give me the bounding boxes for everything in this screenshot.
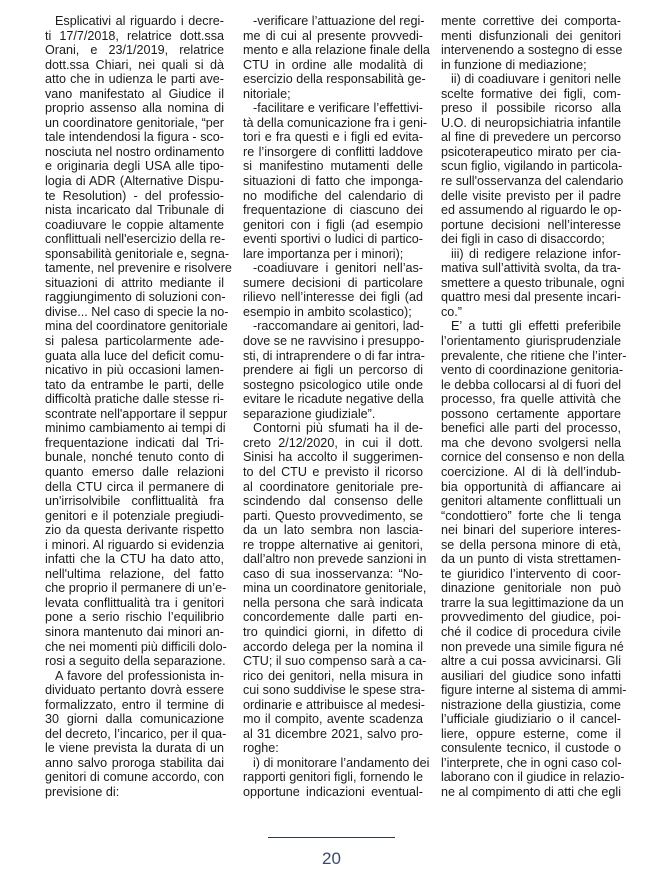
text-line: preso il possibile ricorso alla	[441, 101, 621, 116]
text-line: parti. Questo provvedimento, se	[243, 509, 423, 524]
text-line: altre a cui possa avvicinarsi. Gli	[441, 654, 621, 669]
text-line: no modifiche del calendario di	[243, 189, 423, 204]
text-line: lare importanza per i minori);	[243, 247, 423, 262]
document-page: Esplicativi al riguardo i decre-ti 17/7/…	[0, 0, 655, 894]
text-line: processo, fra quelle attività che	[441, 392, 621, 407]
text-line: se della persona minore di età,	[441, 538, 621, 553]
text-line: nicativo in più occasioni lamen-	[45, 363, 224, 378]
text-line: prevalente, che ritiene che l’inter-	[441, 349, 621, 364]
text-line: situazioni di attrito mediante il	[45, 276, 224, 291]
text-line: ordinarie e attribuisce al medesi-	[243, 698, 423, 713]
text-line: mina un coordinatore genitoriale,	[243, 581, 423, 596]
text-line: non prevede una simile figura né	[441, 640, 621, 655]
text-line: A favore del professionista in-	[45, 669, 224, 684]
text-line: U.O. di neuropsichiatria infantile	[441, 116, 621, 131]
text-line: re l’insorgere di conflitti laddove	[243, 145, 423, 160]
text-line: figure interne al sistema di ammi-	[441, 683, 621, 698]
text-line: difficoltà pratiche dalle stesse ri-	[45, 392, 224, 407]
text-line: infatti che la CTU ha dato atto,	[45, 552, 224, 567]
text-line: nosciuta nel nostro ordinamento	[45, 145, 224, 160]
text-line: mina del coordinatore genitoriale	[45, 319, 224, 334]
text-line: tà della comunicazione fra i geni-	[243, 116, 423, 131]
text-line: scontrate nell'apportare il seppur	[45, 407, 224, 422]
text-line: iii) di redigere relazione infor-	[441, 247, 621, 262]
text-line: sinora mantenuto dai minori an-	[45, 625, 224, 640]
text-line: ché il codice di procedura civile	[441, 625, 621, 640]
text-line: quattro mesi dal presente incari-	[441, 290, 621, 305]
text-line: l’ufficiale giudiziario o il cancel-	[441, 712, 621, 727]
text-line: smettere a questo tribunale, ogni	[441, 276, 621, 291]
text-column-1: Esplicativi al riguardo i decre-ti 17/7/…	[45, 14, 224, 800]
text-line: creto 2/12/2020, in cui il dott.	[243, 436, 423, 451]
text-line: dei figli in caso di disaccordo;	[441, 232, 621, 247]
text-line: sumere decisioni di particolare	[243, 276, 423, 291]
text-line: ti 17/7/2018, relatrice dott.ssa	[45, 29, 224, 44]
text-line: concordemente dalle parti en-	[243, 610, 423, 625]
text-line: Orani, e 23/1/2019, relatrice	[45, 43, 224, 58]
text-line: accordo delega per la nomina il	[243, 640, 423, 655]
text-line: della CTU circa il permanere di	[45, 480, 224, 495]
text-line: te Resolution) - del professio-	[45, 189, 224, 204]
text-line: rico dei genitori, nella misura in	[243, 669, 423, 684]
text-line: trarre la sua legittimazione da un	[441, 596, 621, 611]
text-line: cornice del consenso e non della	[441, 450, 621, 465]
text-line: CTU; il suo compenso sarà a ca-	[243, 654, 423, 669]
text-line: tale intendendosi la figura - sco-	[45, 130, 224, 145]
text-line: psicoterapeutico mirato per cia-	[441, 145, 621, 160]
text-line: pone a serio rischio l’equilibrio	[45, 610, 224, 625]
text-line: -verificare l’attuazione del regi-	[243, 14, 423, 29]
text-line: tori e fra questi e i figli ed evita-	[243, 130, 423, 145]
text-line: te giuridico l’intervento di coor-	[441, 567, 621, 582]
text-line: delle visite previsto per il padre	[441, 189, 621, 204]
text-line: formalizzato, entro il termine di	[45, 698, 224, 713]
text-line: dall’altro non prevede sanzioni in	[243, 552, 423, 567]
text-line: l’orientamento giurisprudenziale	[441, 334, 621, 349]
text-line: si manifestino mutamenti delle	[243, 159, 423, 174]
text-line: i minori. Al riguardo si evidenzia	[45, 538, 224, 553]
text-line: coercizione. Al di là dell’indub-	[441, 465, 621, 480]
text-line: Contorni più sfumati ha il de-	[243, 421, 423, 436]
text-line: vano manifestato al Giudice il	[45, 87, 224, 102]
text-line: che nei momenti più difficili dolo-	[45, 640, 224, 655]
text-line: consulente tecnico, il custode o	[441, 741, 621, 756]
text-line: “condottiero” forte che li tenga	[441, 509, 621, 524]
text-line: le viene prevista la durata di un	[45, 741, 224, 756]
text-line: frequentazione indicati dal Tri-	[45, 436, 224, 451]
text-line: menti disfunzionali dei genitori	[441, 29, 621, 44]
text-line: E’ a tutti gli effetti preferibile	[441, 319, 621, 334]
text-line: ii) di coadiuvare i genitori nelle	[441, 72, 621, 87]
text-line: anno salvo proroga stabilita dai	[45, 756, 224, 771]
text-line: dove se ne ravvisino i presuppo-	[243, 334, 423, 349]
text-line: evitare le ricadute negative della	[243, 392, 423, 407]
text-line: ma che devono svolgersi nella	[441, 436, 621, 451]
text-line: 30 giorni dalla comunicazione	[45, 712, 224, 727]
text-line: bia opportunità di affiancare ai	[441, 480, 621, 495]
text-line: e originaria degli USA alle tipo-	[45, 159, 224, 174]
text-line: sti, di intraprendere o di far intra-	[243, 349, 423, 364]
text-line: nei binari del superiore interes-	[441, 523, 621, 538]
text-line: levata conflittualità tra i genitori	[45, 596, 224, 611]
text-line: possono certamente apportare	[441, 407, 621, 422]
text-line: rapporti genitori figli, fornendo le	[243, 770, 423, 785]
text-line: i) di monitorare l’andamento dei	[243, 756, 423, 771]
text-line: al 31 dicembre 2021, salvo pro-	[243, 727, 423, 742]
text-line: da un punto di vista strettamen-	[441, 552, 621, 567]
text-line: benefici alle parti del processo,	[441, 421, 621, 436]
text-line: liere, oppure esterne, come il	[441, 727, 621, 742]
text-line: -raccomandare ai genitori, lad-	[243, 319, 423, 334]
text-line: dott.ssa Chiari, nei quali si dà	[45, 58, 224, 73]
text-line: Esplicativi al riguardo i decre-	[45, 14, 224, 29]
text-line: le debba collocarsi al di fuori del	[441, 378, 621, 393]
text-line: al coordinatore genitoriale pre-	[243, 480, 423, 495]
text-line: proprio assenso alla nomina di	[45, 101, 224, 116]
text-line: che proprio il permanere di un’e-	[45, 581, 224, 596]
text-line: mo il compito, avente scadenza	[243, 712, 423, 727]
text-line: quanto emerso dalle relazioni	[45, 465, 224, 480]
text-line: guata alla luce del deficit comu-	[45, 349, 224, 364]
text-line: roghe:	[243, 741, 423, 756]
text-line: eventi sportivi o ludici di partico-	[243, 232, 423, 247]
text-line: laborano con il giudice in relazio-	[441, 770, 621, 785]
text-line: logia di ADR (Alternative Dispu-	[45, 174, 224, 189]
text-line: dinazione genitoriale non può	[441, 581, 621, 596]
text-line: CTU in ordine alle modalità di	[243, 58, 423, 73]
text-line: bunale, nonché tenuto conto di	[45, 450, 224, 465]
text-line: l’interprete, che in ogni caso col-	[441, 756, 621, 771]
text-line: mativa sull’attività svolta, da tra-	[441, 261, 621, 276]
text-line: rilievo nell’interesse dei figli (ad	[243, 290, 423, 305]
text-line: conflittuali nell'esercizio della re-	[45, 232, 224, 247]
text-line: esercizio della responsabilità ge-	[243, 72, 423, 87]
text-line: co.”	[441, 305, 621, 320]
text-line: in funzione di mediazione;	[441, 58, 621, 73]
text-line: zio da questa derivante rispetto	[45, 523, 224, 538]
text-line: Sinisi ha accolto il suggerimen-	[243, 450, 423, 465]
text-line: scun figlio, vigilando in particola-	[441, 159, 621, 174]
text-line: frequentazione di ciascuno dei	[243, 203, 423, 218]
text-line: opportune indicazioni eventual-	[243, 785, 423, 800]
text-line: separazione giudiziale”.	[243, 407, 423, 422]
text-line: intervenendo a sostegno di esse	[441, 43, 621, 58]
text-line: vento di coordinazione genitoria-	[441, 363, 621, 378]
text-column-2: -verificare l’attuazione del regi-me di …	[243, 14, 423, 800]
text-line: ausiliari del giudice sono infatti	[441, 669, 621, 684]
text-line: esempio in ambito scolastico);	[243, 305, 423, 320]
text-line: sponsabilità genitoriale e, segna-	[45, 247, 224, 262]
text-line: ne al compimento di atti che egli	[441, 785, 621, 800]
text-line: -coadiuvare i genitori nell’as-	[243, 261, 423, 276]
text-line: nella persona che sarà indicata	[243, 596, 423, 611]
text-line: prendere ai figli un percorso di	[243, 363, 423, 378]
text-line: tato da entrambe le parti, delle	[45, 378, 224, 393]
text-line: dividuato pertanto dovrà essere	[45, 683, 224, 698]
text-line: re troppe alternative ai genitori,	[243, 538, 423, 553]
text-line: tro quindici giorni, in difetto di	[243, 625, 423, 640]
text-line: mente correttive dei comporta-	[441, 14, 621, 29]
text-line: portune decisioni nell’interesse	[441, 218, 621, 233]
text-line: del decreto, l’incarico, per il qua-	[45, 727, 224, 742]
text-line: sostegno psicologico utile onde	[243, 378, 423, 393]
text-line: si palesa particolarmente ade-	[45, 334, 224, 349]
text-line: da un lato sembra non lascia-	[243, 523, 423, 538]
text-line: nistrazione della giustizia, come	[441, 698, 621, 713]
text-line: scelte formative dei figli, com-	[441, 87, 621, 102]
text-line: coadiuvare le coppie altamente	[45, 218, 224, 233]
text-line: atto che in udienza le parti ave-	[45, 72, 224, 87]
text-line: ed assumendo al riguardo le op-	[441, 203, 621, 218]
text-line: me di cui al presente provvedi-	[243, 29, 423, 44]
text-column-3: mente correttive dei comporta-menti disf…	[441, 14, 621, 800]
text-line: re sull'osservanza del calendario	[441, 174, 621, 189]
text-line: genitori con i figli (ad esempio	[243, 218, 423, 233]
text-line: al fine di prevedere un percorso	[441, 130, 621, 145]
text-line: un'irrisolvibile conflittualità fra	[45, 494, 224, 509]
text-line: divise... Nel caso di specie la no-	[45, 305, 224, 320]
text-line: to del CTU e previsto il ricorso	[243, 465, 423, 480]
text-line: situazioni di fatto che imponga-	[243, 174, 423, 189]
text-line: caso di sua inosservanza: “No-	[243, 567, 423, 582]
text-line: cui sono suddivise le spese stra-	[243, 683, 423, 698]
text-line: mento e alla relazione finale della	[243, 43, 423, 58]
page-number: 20	[268, 849, 395, 869]
text-line: nitoriale;	[243, 87, 423, 102]
text-line: rosi a seguito della separazione.	[45, 654, 224, 669]
text-line: nista incaricato dal Tribunale di	[45, 203, 224, 218]
text-line: nell'ultima relazione, del fatto	[45, 567, 224, 582]
text-line: genitori altamente conflittuali un	[441, 494, 621, 509]
text-line: previsione di:	[45, 785, 224, 800]
footer-divider	[268, 837, 395, 838]
text-line: raggiungimento di soluzioni con-	[45, 290, 224, 305]
text-line: tamente, nel prevenire e risolvere	[45, 261, 224, 276]
text-line: un coordinatore genitoriale, “per	[45, 116, 224, 131]
text-line: minimo cambiamento ai tempi di	[45, 421, 224, 436]
text-line: -facilitare e verificare l’effettivi-	[243, 101, 423, 116]
text-line: scindendo dal consenso delle	[243, 494, 423, 509]
text-line: provvedimento del giudice, poi-	[441, 610, 621, 625]
text-line: genitori e il potenziale pregiudi-	[45, 509, 224, 524]
text-line: genitori di comune accordo, con	[45, 770, 224, 785]
